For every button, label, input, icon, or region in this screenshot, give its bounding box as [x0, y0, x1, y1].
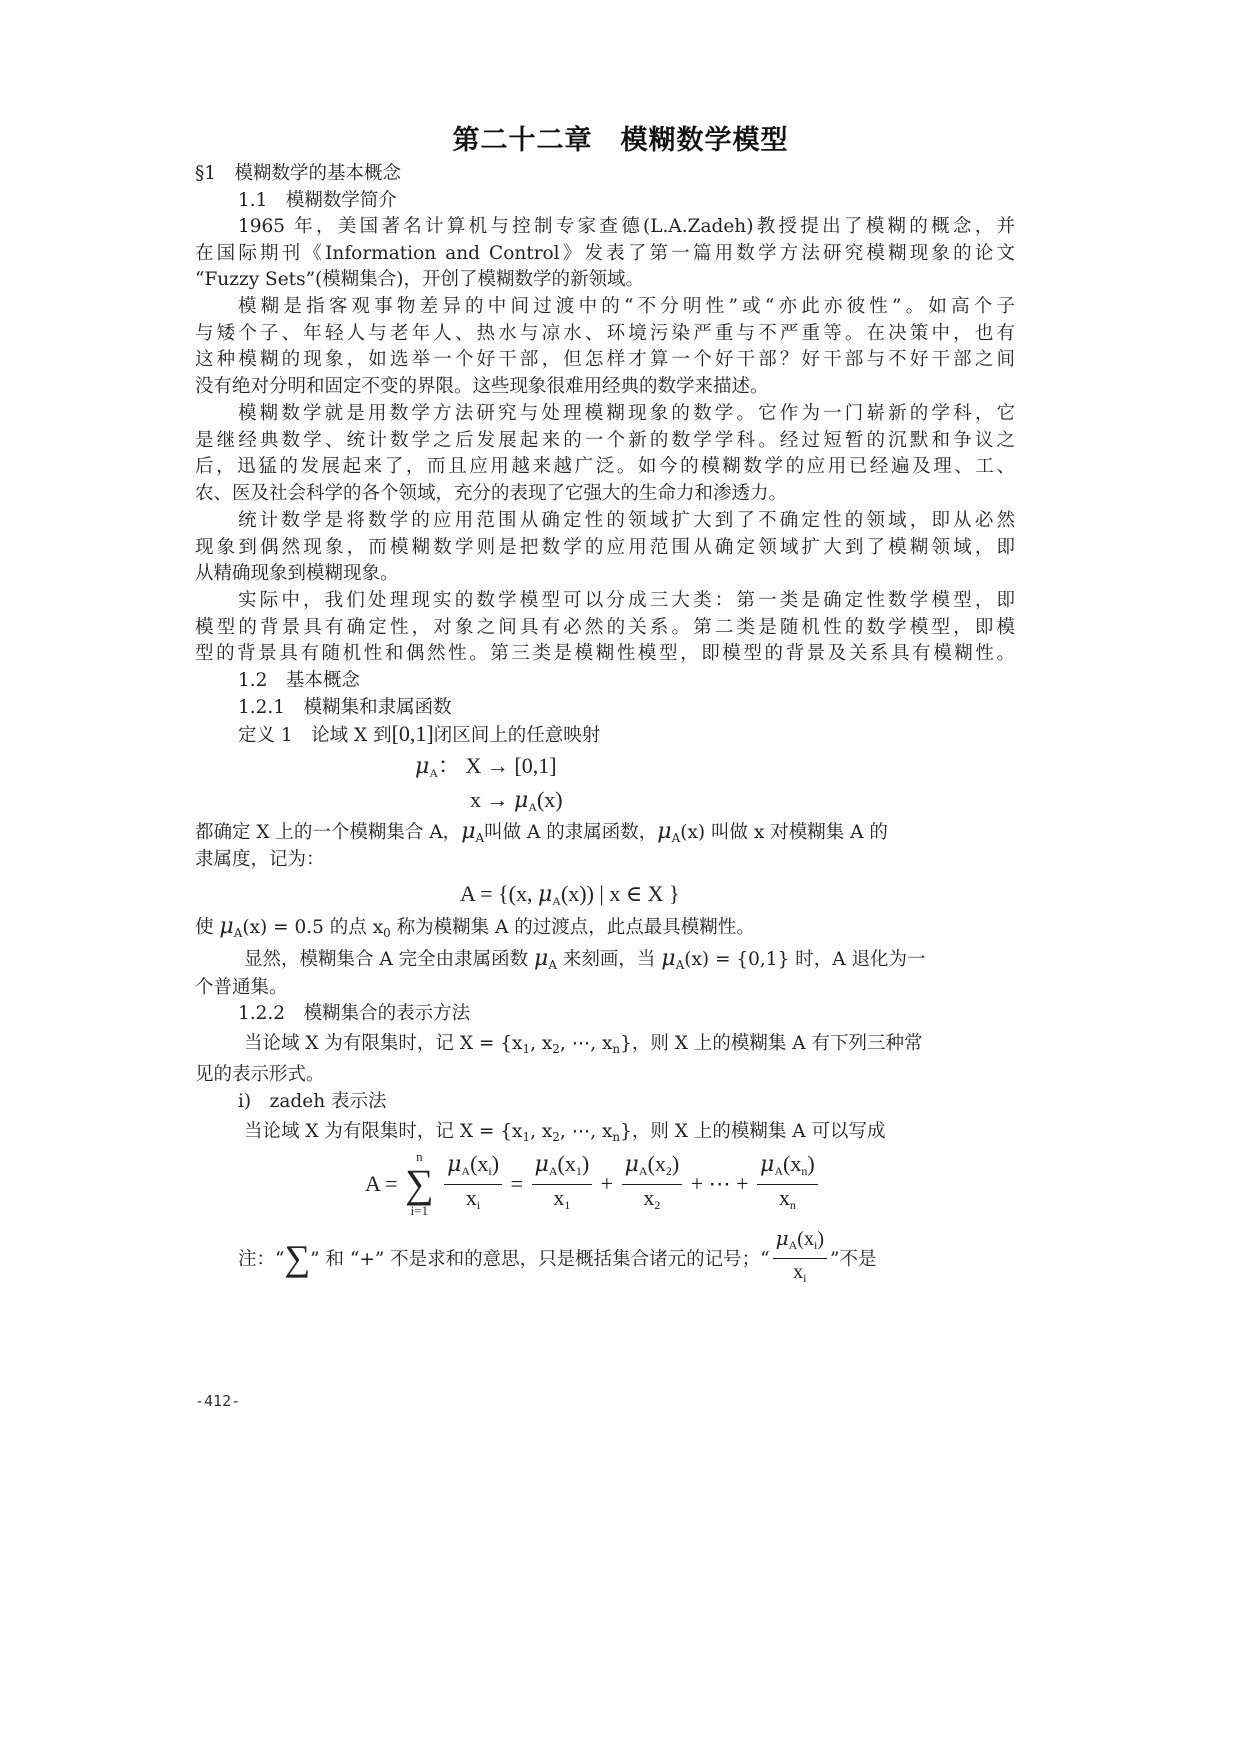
paragraph-line: 模糊是指客观事物差异的中间过渡中的“不分明性”或“亦此亦彼性”。如高个子	[238, 293, 1015, 321]
paragraph-line: 农、医及社会科学的各个领域，充分的表现了它强大的生命力和渗透力。	[195, 480, 1015, 508]
paragraph-line: 是继经典数学、统计数学之后发展起来的一个新的数学学科。经过短暂的沉默和争议之	[195, 427, 1015, 455]
zadeh-formula: A = n ∑ i=1 μA(xi)xi = μA(x1)x1 + μA(x2)…	[365, 1150, 865, 1218]
fraction-term: μA(xn)xn	[757, 1151, 818, 1218]
finite-universe-line: 当论域 X 为有限集时，记 X = {x1, x2, ⋯, xn}，则 X 上的…	[244, 1030, 1015, 1063]
note-line: 注：“∑” 和 “+” 不是求和的意思，只是概括集合诸元的记号；“μA(xi)x…	[238, 1225, 1038, 1291]
subsection-heading-1-2-2: 1.2.2 模糊集合的表示方法	[238, 1000, 1015, 1028]
paragraph-line: 从精确现象到模糊现象。	[195, 560, 1015, 588]
chapter-title: 第二十二章模糊数学模型	[0, 118, 1241, 157]
paragraph-line: 统计数学是将数学的应用范围从确定性的领域扩大到了不确定性的领域，即从必然	[238, 507, 1015, 535]
document-page: 第二十二章模糊数学模型 §1 模糊数学的基本概念 1.1 模糊数学简介 1965…	[0, 0, 1241, 1755]
paragraph-line: 实际中，我们处理现实的数学模型可以分成三大类：第一类是确定性数学模型，即	[238, 587, 1015, 615]
paragraph-line: 这种模糊的现象，如选举一个好干部，但怎样才算一个好干部？好干部与不好干部之间	[195, 346, 1015, 374]
set-formula: A = {(x, μA(x)) | x ∈ X }	[460, 880, 860, 915]
paragraph-line: 没有绝对分明和固定不变的界限。这些现象很难用经典的数学来描述。	[195, 373, 1015, 401]
sigma-symbol: n ∑ i=1	[405, 1150, 434, 1218]
fraction-term: μA(x1)x1	[532, 1151, 593, 1218]
paragraph-line: “Fuzzy Sets”(模糊集合)，开创了模糊数学的新领域。	[195, 266, 1015, 294]
fraction-term: μA(xi)xi	[444, 1151, 502, 1218]
subsection-heading-1-1: 1.1 模糊数学简介	[238, 187, 1015, 215]
paragraph-line: 个普通集。	[195, 974, 1015, 1002]
paragraph-line: 模糊数学就是用数学方法研究与处理模糊现象的数学。它作为一门崭新的学科，它	[238, 400, 1015, 428]
paragraph-line: 与矮个子、年轻人与老年人、热水与凉水、环境污染严重与不严重等。在决策中，也有	[195, 320, 1015, 348]
paragraph-line: 1965 年，美国著名计算机与控制专家查德(L.A.Zadeh)教授提出了模糊的…	[238, 213, 1015, 241]
mapping-formula-2: x → μA(x)	[470, 786, 770, 821]
paragraph-line: 模型的背景具有确定性，对象之间具有必然的关系。第二类是随机性的数学模型，即模	[195, 614, 1015, 642]
fraction-term: μA(xi)xi	[773, 1225, 827, 1291]
finite-universe-line-2: 当论域 X 为有限集时，记 X = {x1, x2, ⋯, xn}，则 X 上的…	[244, 1118, 1015, 1151]
transition-point-line: 使 μA(x) = 0.5 的点 x0 称为模糊集 A 的过渡点，此点最具模糊性…	[195, 913, 1015, 947]
section-heading-1: §1 模糊数学的基本概念	[195, 160, 1015, 188]
paragraph-line: 在国际期刊《Information and Control》发表了第一篇用数学方…	[195, 240, 1015, 268]
fraction-term: μA(x2)x2	[622, 1151, 683, 1218]
definition-1: 定义 1 论域 X 到[0,1]闭区间上的任意映射	[238, 720, 1015, 750]
paragraph-line: 型的背景具有随机性和偶然性。第三类是模糊性模型，即模型的背景及关系具有模糊性。	[195, 640, 1015, 668]
page-number: -412-	[195, 1392, 240, 1410]
subsection-heading-1-2: 1.2 基本概念	[238, 667, 1015, 695]
paragraph-line: 后，迅猛的发展起来了，而且应用越来越广泛。如今的模糊数学的应用已经遍及理、工、	[195, 453, 1015, 481]
mapping-formula-1: μA： X → [0,1]	[415, 752, 815, 787]
paragraph-line: 见的表示形式。	[195, 1061, 1015, 1089]
paragraph-line: 隶属度，记为：	[195, 846, 1015, 874]
paragraph-line: 现象到偶然现象，而模糊数学则是把数学的应用范围从确定领域扩大到了模糊领域，即	[195, 534, 1015, 562]
zadeh-heading: i) zadeh 表示法	[238, 1088, 1015, 1116]
subsection-heading-1-2-1: 1.2.1 模糊集和隶属函数	[238, 694, 1015, 722]
chapter-name: 模糊数学模型	[621, 125, 789, 156]
chapter-number: 第二十二章	[453, 125, 593, 156]
